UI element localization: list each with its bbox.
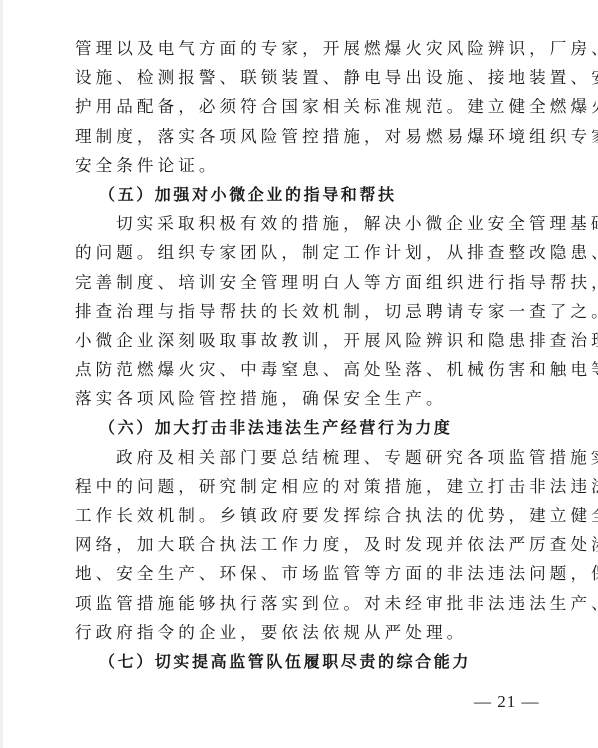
- body-line: 的问题。组织专家团队，制定工作计划，从排查整改隐患、制定: [75, 238, 535, 267]
- paragraph-first-line: 政府及相关部门要总结梳理、专题研究各项监管措施实施过: [75, 443, 535, 472]
- body-line: 工作长效机制。乡镇政府要发挥综合执法的优势，建立健全监管: [75, 501, 535, 530]
- body-line: 排查治理与指导帮扶的长效机制，切忌聘请专家一查了之。督促: [75, 297, 535, 326]
- paragraph-first-line: 切实采取积极有效的措施，解决小微企业安全管理基础薄弱: [75, 209, 535, 238]
- body-line: 设施、检测报警、联锁装置、静电导出设施、接地装置、安全防: [75, 63, 535, 92]
- body-line: 地、安全生产、环保、市场监管等方面的非法违法问题，保证各: [75, 559, 535, 588]
- document-page: 管理以及电气方面的专家，开展燃爆火灾风险辨识，厂房、电气 设施、检测报警、联锁装…: [75, 34, 535, 676]
- body-line: 完善制度、培训安全管理明白人等方面组织进行指导帮扶，建立: [75, 268, 535, 297]
- body-line: 网络，加大联合执法工作力度，及时发现并依法严厉查处涉及土: [75, 530, 535, 559]
- body-line: 安全条件论证。: [75, 151, 535, 180]
- section-heading-7: （七）切实提高监管队伍履职尽责的综合能力: [75, 647, 535, 676]
- body-line: 程中的问题，研究制定相应的对策措施，建立打击非法违法生产: [75, 472, 535, 501]
- body-line: 护用品配备，必须符合国家相关标准规范。建立健全燃爆火灾管: [75, 92, 535, 121]
- page-number: — 21 —: [474, 692, 540, 712]
- body-line: 行政府指令的企业，要依法依规从严处理。: [75, 618, 535, 647]
- section-heading-6: （六）加大打击非法违法生产经营行为力度: [75, 413, 535, 442]
- body-line: 管理以及电气方面的专家，开展燃爆火灾风险辨识，厂房、电气: [75, 34, 535, 63]
- body-line: 小微企业深刻吸取事故教训，开展风险辨识和隐患排查治理，重: [75, 326, 535, 355]
- body-line: 项监管措施能够执行落实到位。对未经审批非法违法生产、不执: [75, 589, 535, 618]
- body-line: 落实各项风险管控措施，确保安全生产。: [75, 384, 535, 413]
- body-line: 点防范燃爆火灾、中毒窒息、高处坠落、机械伤害和触电等事故，: [75, 355, 535, 384]
- body-line: 理制度，落实各项风险管控措施，对易燃易爆环境组织专家开展: [75, 122, 535, 151]
- section-heading-5: （五）加强对小微企业的指导和帮扶: [75, 180, 535, 209]
- page-left-edge: [0, 0, 3, 748]
